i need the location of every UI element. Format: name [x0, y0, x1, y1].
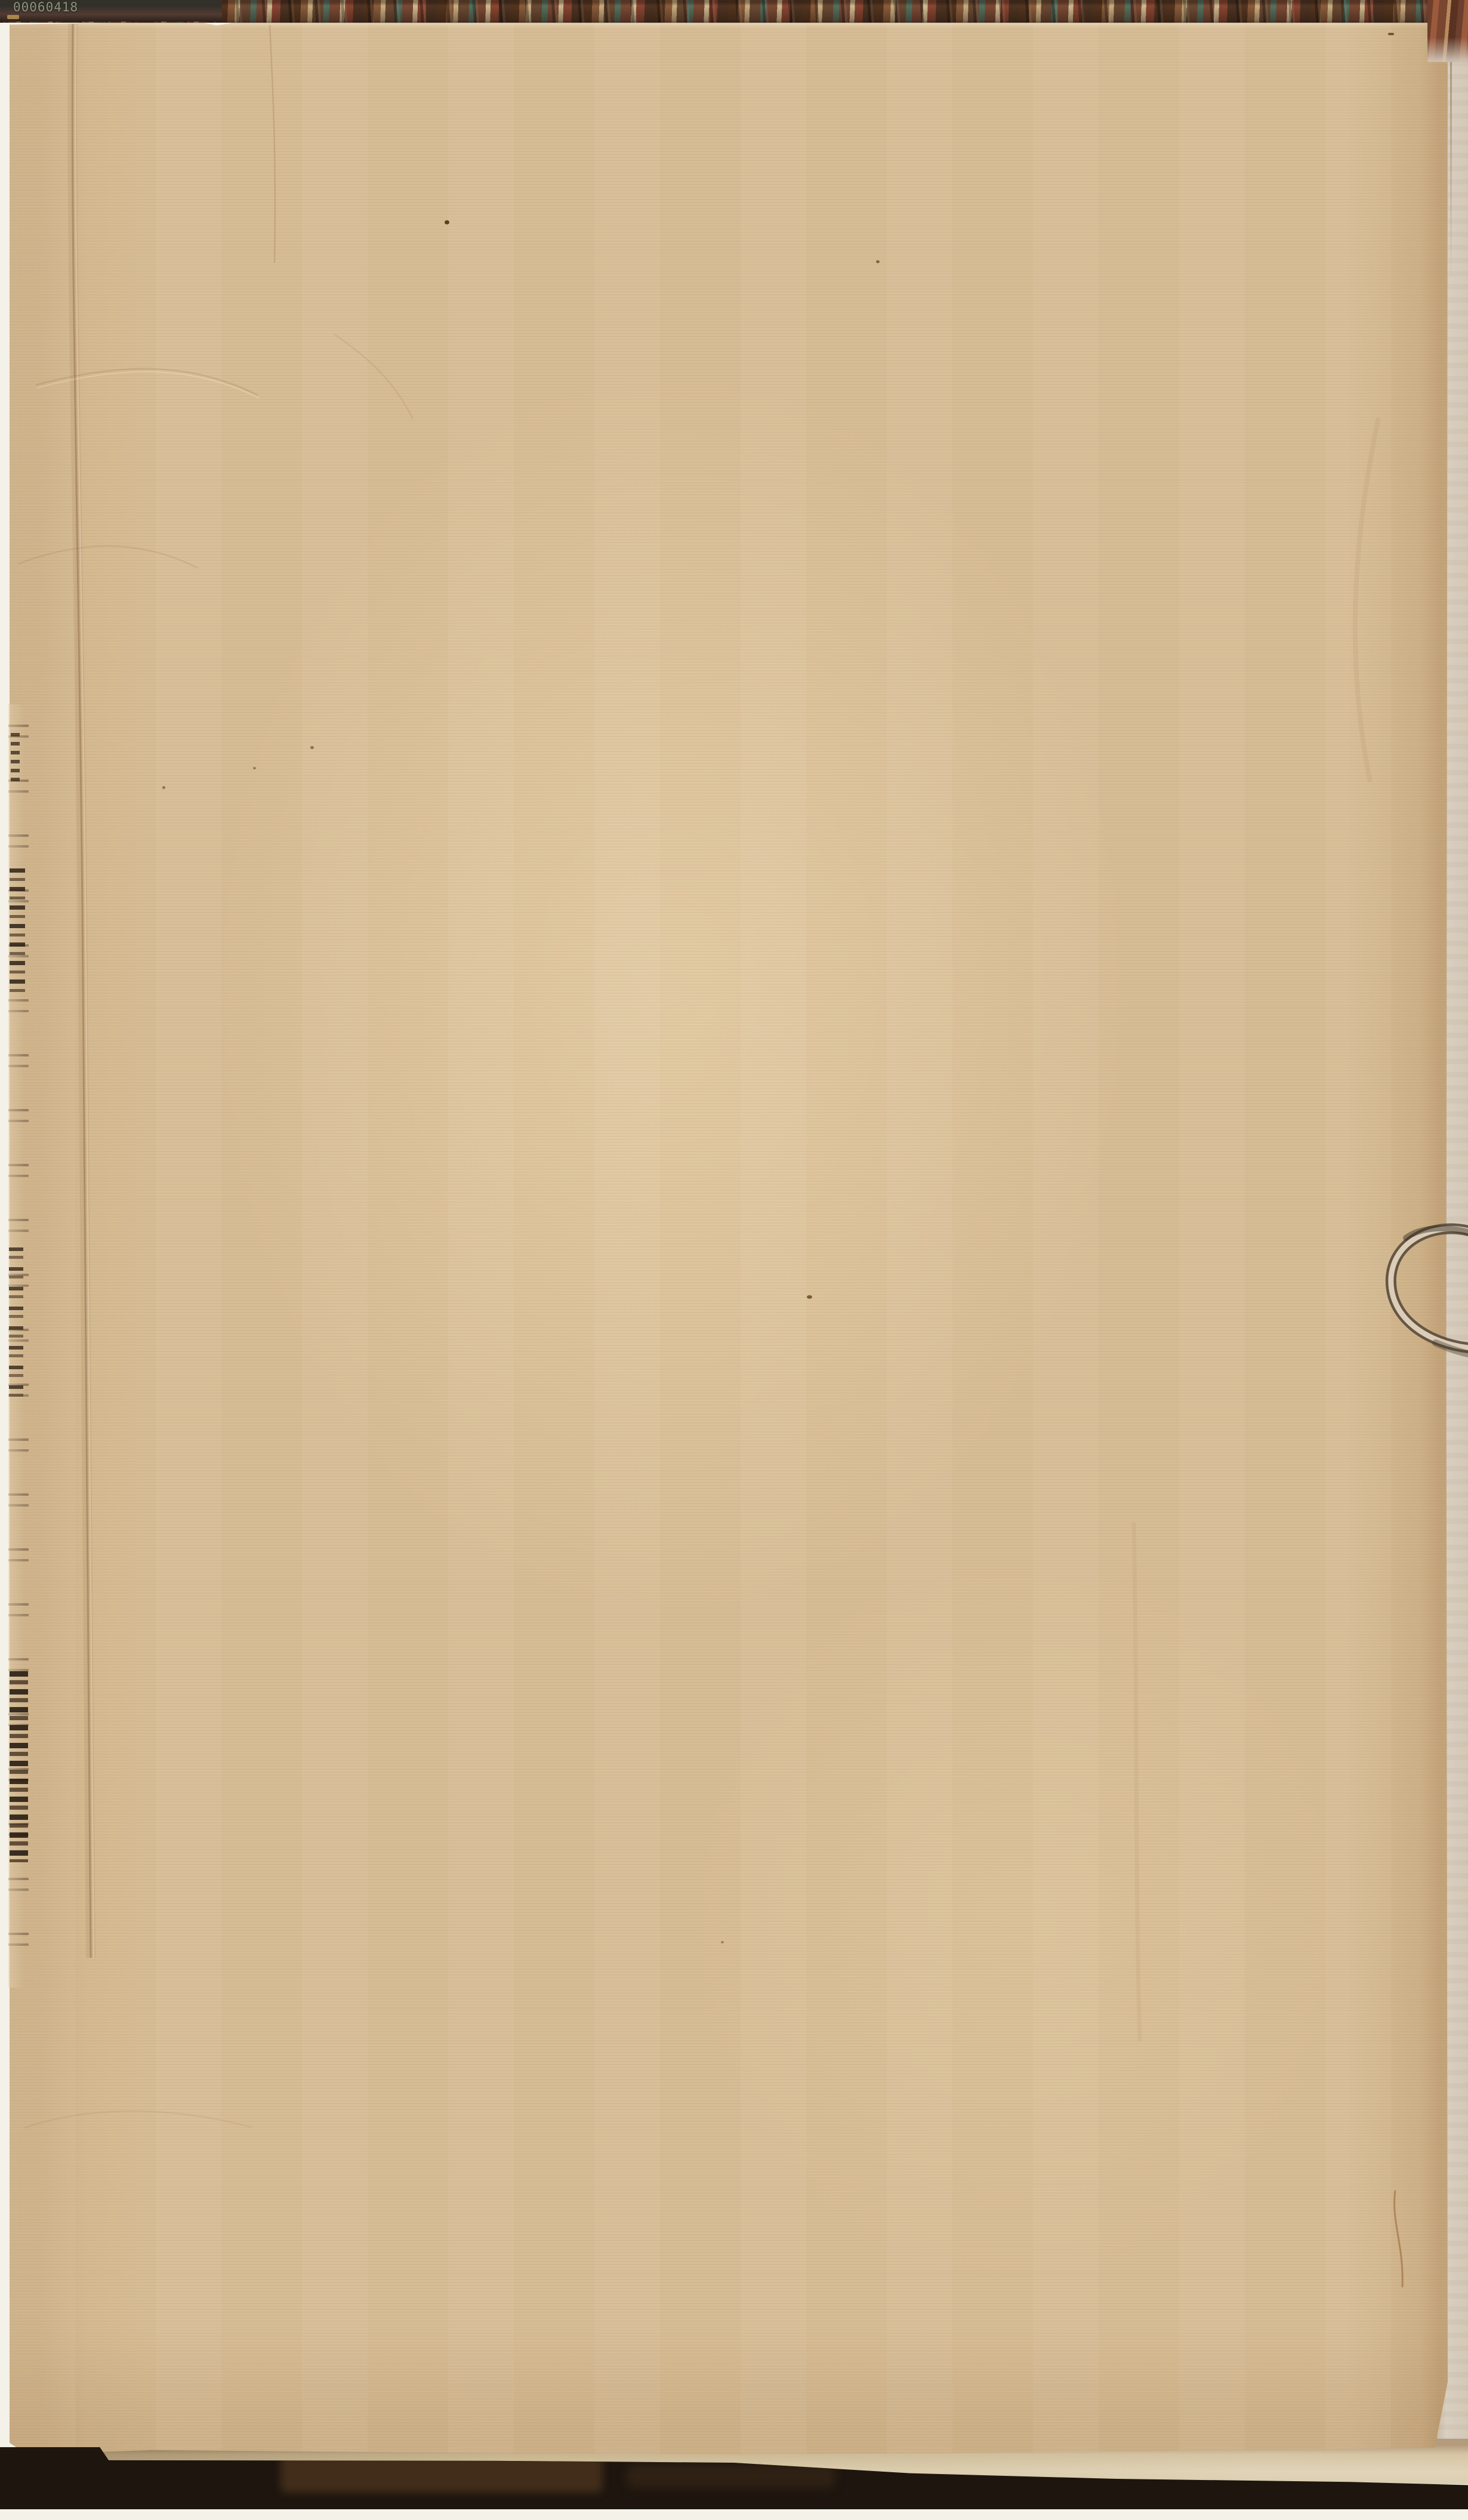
- blank-page: [10, 20, 1448, 2455]
- board-edge-fleck-patch: [10, 868, 25, 997]
- paper-speck: [807, 1295, 812, 1299]
- fore-edge-line: [1450, 24, 1452, 281]
- scan-serial-number: 00060418: [13, 1, 78, 14]
- paper-speck: [253, 767, 256, 769]
- paper-speck: [1388, 33, 1394, 35]
- marbled-cover-corner: [1427, 0, 1468, 62]
- cover-dark-patch: 00060418: [0, 0, 222, 21]
- board-edge-fleck-patch: [10, 1671, 28, 1862]
- book-scan: 00060418: [0, 0, 1468, 2520]
- bottom-board-highlight: [627, 2464, 835, 2488]
- paper-speck: [310, 746, 314, 749]
- paper-speck: [445, 220, 449, 224]
- paper-speck: [162, 786, 165, 789]
- paper-speck: [876, 260, 880, 263]
- board-edge-fleck-patch: [11, 733, 20, 784]
- board-edge-fleck-patch: [9, 1247, 23, 1400]
- cover-mark: [7, 15, 19, 19]
- paper-speck: [721, 1941, 724, 1943]
